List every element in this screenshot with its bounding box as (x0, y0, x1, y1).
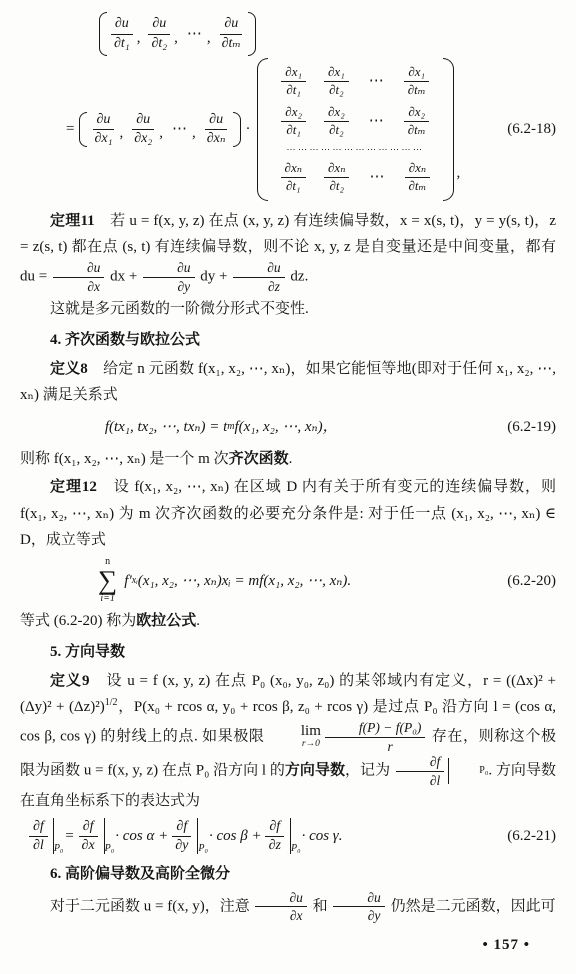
lhs: f(tx₁, tx₂, ⋯, txₙ) = t (105, 414, 227, 440)
section-4-heading: 4. 齐次函数与欧拉公式 (20, 327, 556, 353)
numerator: ∂u (333, 890, 384, 908)
numerator: ∂u (53, 260, 104, 278)
homogeneous-function-paragraph: 则称 f(x₁, x₂, ⋯, xₙ) 是一个 m 次齐次函数. (20, 446, 556, 472)
lim-condition: r→0 (272, 740, 320, 750)
fraction: ∂f∂l (396, 754, 444, 788)
equation-body: f(tx₁, tx₂, ⋯, txₙ) = tmf(x₁, x₂, ⋯, xₙ)… (105, 414, 338, 440)
cdots: ⋯ (172, 116, 187, 142)
denominator: ∂l (396, 772, 444, 789)
function-name: f′ (124, 568, 131, 594)
equation-6-2-20: n∑i=1f′xᵢ(x₁, x₂, ⋯, xₙ)xᵢ = mf(x₁, x₂, … (20, 557, 556, 604)
definition-9-paragraph: 定义9 设 u = f (x, y, z) 在点 P₀ (x₀, y₀, z₀)… (20, 668, 556, 815)
equation-body: ∂f∂lP₀ = ∂f∂xP₀ · cos α + ∂f∂yP₀ · cos β… (26, 818, 342, 854)
fraction: ∂f∂y (171, 819, 192, 854)
denominator: ∂t₂ (325, 122, 348, 138)
fraction: ∂u∂t₂ (147, 16, 171, 51)
df-dl-at-P0: ∂f∂lP₀ (394, 754, 488, 788)
equation-label: (6.2-19) (507, 414, 556, 440)
exponent-m: m (227, 418, 234, 436)
theorem-12-paragraph: 定理12 设 f(x₁, x₂, ⋯, xₙ) 在区域 D 内有关于所有变元的连… (20, 474, 556, 553)
numerator: f(P) − f(P₀) (325, 720, 426, 738)
fraction: ∂u∂tₘ (218, 16, 245, 51)
numerator: ∂u (220, 16, 242, 34)
numerator: ∂u (143, 260, 194, 278)
fraction: ∂u∂t₁ (110, 16, 134, 51)
equation-6-2-21: ∂f∂lP₀ = ∂f∂xP₀ · cos α + ∂f∂yP₀ · cos β… (20, 818, 556, 854)
theorem-11-head: 定理11 (50, 213, 95, 229)
denominator: ∂y (143, 278, 194, 295)
jacobian-matrix: ∂x₁∂t₁ ∂x₁∂t₂ ⋯ ∂x₁∂tₘ ∂x₂∂t₁ ∂x₂∂t₂ ⋯ ∂… (255, 58, 457, 201)
exponent-half: 1/2 (105, 697, 118, 708)
evaluation-point: P₀ (449, 762, 488, 780)
equals: = (64, 823, 74, 849)
numerator: ∂u (132, 112, 154, 130)
fraction: ∂f∂z (265, 819, 285, 854)
denominator: ∂t₂ (147, 35, 171, 52)
df-dx-term: ∂f∂xP₀ (76, 818, 115, 854)
numerator: ∂f (172, 819, 191, 837)
equation-6-2-19: f(tx₁, tx₂, ⋯, txₙ) = tmf(x₁, x₂, ⋯, xₙ)… (20, 412, 556, 442)
matrix-row: ∂xₙ∂t₁ ∂xₙ∂t₂ ⋯ ∂xₙ∂tₘ (279, 161, 433, 194)
denominator: ∂x (53, 278, 104, 295)
text: 等式 (6.2-20) 称为 (20, 613, 136, 629)
sum-lower-limit: i=1 (100, 594, 115, 604)
numerator: ∂x₁ (404, 65, 429, 82)
denominator: ∂z (234, 278, 284, 295)
cdots: ⋯ (369, 68, 384, 94)
denominator: ∂x₁ (90, 130, 116, 147)
matrix-ellipsis-row: ⋯⋯⋯⋯⋯⋯⋯⋯⋯⋯⋯⋯ (287, 145, 425, 154)
equation-6-2-18-main-line: = ∂u∂x₁ , ∂u∂x₂ , ⋯ , ∂u∂xₙ · ∂x₁∂t₁ ∂x₁… (66, 58, 556, 201)
fraction: ∂u∂x (53, 260, 104, 294)
numerator: ∂u (205, 112, 227, 130)
fraction: ∂x₁∂t₁ (281, 65, 306, 98)
denominator: ∂t₁ (110, 35, 134, 52)
equation-text: (x₁, x₂, ⋯, xₙ)xᵢ = mf(x₁, x₂, ⋯, xₙ). (138, 568, 351, 594)
rhs: f(x₁, x₂, ⋯, xₙ)， (234, 414, 337, 440)
denominator: ∂y (171, 837, 192, 854)
fraction: ∂f∂l (29, 819, 48, 854)
definition-8-text: 给定 n 元函数 f(x₁, x₂, ⋯, xₙ)，如果它能恒等地(即对于任何 … (20, 361, 556, 403)
limit-symbol: limr→0 (271, 724, 321, 750)
denominator: ∂t₁ (282, 178, 305, 194)
fraction: ∂x₂∂t₂ (324, 105, 349, 138)
comma: , (159, 120, 163, 146)
page-number: • 157 • (20, 932, 556, 974)
numerator: ∂f (396, 754, 444, 772)
text: 对于二元函数 u = f(x, y)，注意 (50, 898, 253, 914)
fraction: ∂xₙ∂t₂ (324, 161, 349, 194)
summation-symbol: n∑i=1 (98, 557, 117, 604)
definition-9-text: ，记为 (345, 763, 394, 779)
text: . (196, 613, 200, 629)
denominator: ∂x (78, 837, 99, 854)
cdots: ⋯ (369, 164, 384, 190)
matrix-row: ∂x₂∂t₁ ∂x₂∂t₂ ⋯ ∂x₂∂tₘ (279, 105, 431, 138)
evaluation-point: P₀ (105, 840, 115, 858)
df-dz-term: ∂f∂zP₀ (263, 818, 301, 854)
fraction: f(P) − f(P₀)r (325, 720, 426, 754)
evaluation-point: P₀ (291, 840, 301, 858)
numerator: ∂u (255, 890, 306, 908)
right-paren (248, 12, 256, 56)
equation-label: (6.2-20) (507, 568, 556, 594)
trailing-comma: , (456, 160, 460, 186)
numerator: ∂x₁ (324, 65, 349, 82)
denominator: ∂t₂ (325, 178, 348, 194)
text: 和 (309, 898, 332, 914)
numerator: ∂x₁ (281, 65, 306, 82)
fraction: ∂x₁∂tₘ (404, 65, 430, 98)
theorem-12-text: 设 f(x₁, x₂, ⋯, xₙ) 在区域 D 内有关于所有变元的连续偏导数，… (20, 479, 556, 548)
comma: , (192, 120, 196, 146)
numerator: ∂u (233, 260, 284, 278)
matrix-right-paren (443, 58, 454, 201)
fraction: ∂x₁∂t₂ (324, 65, 349, 98)
gradient-vector-t: ∂u∂t₁ , ∂u∂t₂ , ⋯ , ∂u∂tₘ (98, 12, 556, 56)
fraction: ∂u∂x₂ (130, 112, 156, 147)
definition-8-head: 定义8 (50, 361, 88, 377)
fraction: ∂u∂y (333, 890, 384, 924)
denominator: ∂tₘ (218, 35, 245, 52)
df-dy-term: ∂f∂yP₀ (169, 818, 208, 854)
multiplication-dot: · (246, 116, 251, 142)
fraction: ∂x₂∂t₁ (281, 105, 306, 138)
denominator: ∂tₘ (404, 82, 430, 98)
denominator: ∂t₁ (282, 82, 305, 98)
euler-formula-term: 欧拉公式 (136, 613, 196, 629)
cdots: ⋯ (187, 21, 202, 47)
denominator: ∂tₘ (404, 178, 430, 194)
denominator: ∂l (29, 837, 48, 854)
fraction: ∂u∂x (255, 890, 306, 924)
denominator: ∂tₘ (404, 122, 430, 138)
equation-body: n∑i=1f′xᵢ(x₁, x₂, ⋯, xₙ)xᵢ = mf(x₁, x₂, … (98, 557, 351, 604)
fraction: ∂u∂xₙ (203, 112, 230, 147)
text: . (289, 451, 293, 467)
theorem-11-text: dy + (197, 269, 232, 285)
numerator: ∂xₙ (281, 161, 306, 178)
comma: , (119, 120, 123, 146)
homogeneous-function-term: 齐次函数 (229, 451, 289, 467)
numerator: ∂xₙ (405, 161, 430, 178)
matrix-left-paren (257, 58, 268, 201)
cdots: ⋯ (369, 108, 384, 134)
numerator: ∂x₂ (404, 105, 429, 122)
right-paren (233, 112, 241, 147)
gradient-vector-x: ∂u∂x₁ , ∂u∂x₂ , ⋯ , ∂u∂xₙ (78, 112, 241, 147)
definition-9-head: 定义9 (50, 673, 90, 689)
numerator: ∂f (265, 819, 284, 837)
left-paren (79, 112, 87, 147)
fraction: ∂x₂∂tₘ (404, 105, 430, 138)
theorem-11-text: dz. (287, 269, 309, 285)
numerator: ∂u (148, 16, 170, 34)
numerator: ∂xₙ (324, 161, 349, 178)
denominator: ∂y (334, 907, 385, 924)
evaluation-point: P₀ (54, 840, 64, 858)
equals-sign: = (66, 116, 74, 142)
df-dl-term: ∂f∂lP₀ (27, 818, 63, 854)
theorem-11-paragraph: 定理11 若 u = f(x, y, z) 在点 (x, y, z) 有连续偏导… (20, 208, 556, 295)
numerator: ∂f (79, 819, 98, 837)
denominator: ∂t₂ (325, 82, 348, 98)
left-paren (99, 12, 107, 56)
denominator: ∂xₙ (203, 130, 230, 147)
definition-8-paragraph: 定义8 给定 n 元函数 f(x₁, x₂, ⋯, xₙ)，如果它能恒等地(即对… (20, 356, 556, 409)
theorem-11-text: dx + (106, 269, 141, 285)
directional-derivative-term: 方向导数 (285, 763, 345, 779)
fraction: ∂u∂y (143, 260, 194, 294)
denominator: ∂x (256, 907, 307, 924)
fraction: ∂u∂z (233, 260, 284, 294)
equation-label: (6.2-18) (503, 116, 556, 142)
numerator: ∂f (29, 819, 48, 837)
cos-gamma-text: · cos γ. (302, 823, 343, 849)
numerator: ∂u (111, 16, 133, 34)
limit-expression: limr→0f(P) − f(P₀)r (269, 720, 428, 754)
comma: , (137, 25, 141, 51)
cos-alpha-text: · cos α + (115, 823, 168, 849)
section-6-heading: 6. 高阶偏导数及高阶全微分 (20, 861, 556, 887)
comma: , (207, 25, 211, 51)
fraction: ∂xₙ∂tₘ (404, 161, 430, 194)
numerator: ∂u (93, 112, 115, 130)
text: 则称 f(x₁, x₂, ⋯, xₙ) 是一个 m 次 (20, 451, 229, 467)
numerator: ∂x₂ (281, 105, 306, 122)
denominator: r (354, 738, 397, 755)
cos-beta-text: · cos β + (209, 823, 262, 849)
euler-formula-paragraph: 等式 (6.2-20) 称为欧拉公式. (20, 608, 556, 634)
theorem-12-head: 定理12 (50, 479, 97, 495)
denominator: ∂t₁ (282, 122, 305, 138)
fraction: ∂u∂x₁ (90, 112, 116, 147)
lim-word: lim (271, 724, 321, 740)
fraction: ∂xₙ∂t₁ (281, 161, 306, 194)
scanned-textbook-page: ∂u∂t₁ , ∂u∂t₂ , ⋯ , ∂u∂tₘ = ∂u∂x₁ , ∂u∂x… (0, 0, 576, 974)
section-5-heading: 5. 方向导数 (20, 639, 556, 665)
numerator: ∂x₂ (324, 105, 349, 122)
fraction: ∂f∂x (78, 819, 99, 854)
matrix-row: ∂x₁∂t₁ ∂x₁∂t₂ ⋯ ∂x₁∂tₘ (279, 65, 431, 98)
equation-label: (6.2-21) (507, 823, 556, 849)
invariance-paragraph: 这就是多元函数的一阶微分形式不变性. (20, 296, 556, 322)
evaluation-point: P₀ (198, 840, 208, 858)
matrix-body: ∂x₁∂t₁ ∂x₁∂t₂ ⋯ ∂x₁∂tₘ ∂x₂∂t₁ ∂x₂∂t₂ ⋯ ∂… (270, 58, 442, 201)
denominator: ∂z (265, 837, 285, 854)
sigma-glyph: ∑ (98, 567, 117, 594)
comma: , (174, 25, 178, 51)
text: 仍然是二元函数，因此可 (387, 898, 556, 914)
denominator: ∂x₂ (130, 130, 156, 147)
equation-6-2-18: ∂u∂t₁ , ∂u∂t₂ , ⋯ , ∂u∂tₘ = ∂u∂x₁ , ∂u∂x… (20, 12, 556, 201)
final-paragraph: 对于二元函数 u = f(x, y)，注意 ∂u∂x 和 ∂u∂y 仍然是二元函… (20, 890, 556, 924)
